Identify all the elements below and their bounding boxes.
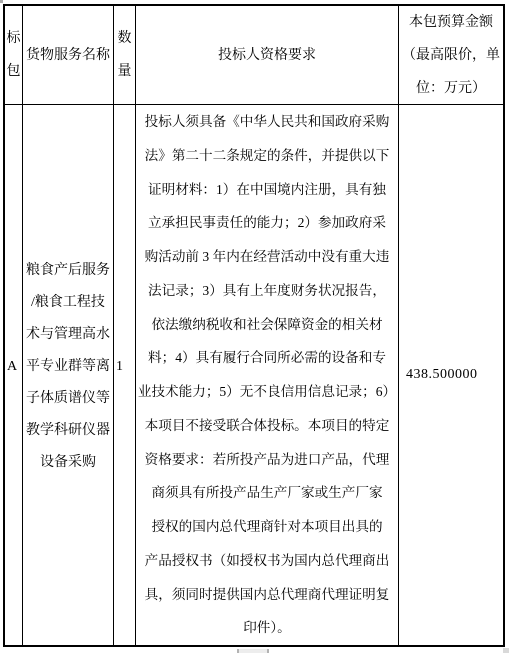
header-package-label: 标 包 bbox=[7, 22, 21, 88]
package-value: A bbox=[7, 359, 17, 375]
screenshot-corner-artifact bbox=[0, 0, 3, 3]
scrollbar-edge-fragment bbox=[503, 648, 509, 653]
header-goods-name-label: 货物服务名称 bbox=[26, 39, 110, 72]
header-qualification-label: 投标人资格要求 bbox=[218, 39, 316, 72]
row-cell-qualification: 投标人须具备《中华人民共和国政府采购 法》第二十二条规定的条件，并提供以下 证明… bbox=[135, 104, 398, 645]
procurement-lot-table: 标 包 货物服务名称 数 量 投标人资格要求 本包预算金额 （最高限价，单 位：… bbox=[3, 4, 505, 647]
row-cell-goods-name: 粮食产后服务 /粮食工程技 术与管理高水 平专业群等离 子体质谱仪等 教学科研仪… bbox=[22, 104, 113, 645]
qualification-text: 投标人须具备《中华人民共和国政府采购 法》第二十二条规定的条件，并提供以下 证明… bbox=[138, 105, 396, 645]
goods-name-value: 粮食产后服务 /粮食工程技 术与管理高水 平专业群等离 子体质谱仪等 教学科研仪… bbox=[26, 255, 110, 479]
quantity-value: 1 bbox=[116, 359, 123, 375]
header-cell-quantity: 数 量 bbox=[113, 6, 135, 104]
row-cell-quantity: 1 bbox=[113, 104, 135, 645]
row-cell-budget: 438.500000 bbox=[398, 104, 503, 645]
row-cell-package: A bbox=[5, 104, 22, 645]
header-cell-goods-name: 货物服务名称 bbox=[22, 6, 113, 104]
budget-value: 438.500000 bbox=[406, 367, 478, 383]
header-cell-budget: 本包预算金额 （最高限价，单 位：万元） bbox=[398, 6, 503, 104]
scrollbar-handle-fragment[interactable] bbox=[237, 649, 269, 653]
header-quantity-label: 数 量 bbox=[118, 22, 132, 88]
header-budget-label: 本包预算金额 （最高限价，单 位：万元） bbox=[402, 6, 500, 105]
header-cell-package: 标 包 bbox=[5, 6, 22, 104]
header-cell-qualification: 投标人资格要求 bbox=[135, 6, 398, 104]
